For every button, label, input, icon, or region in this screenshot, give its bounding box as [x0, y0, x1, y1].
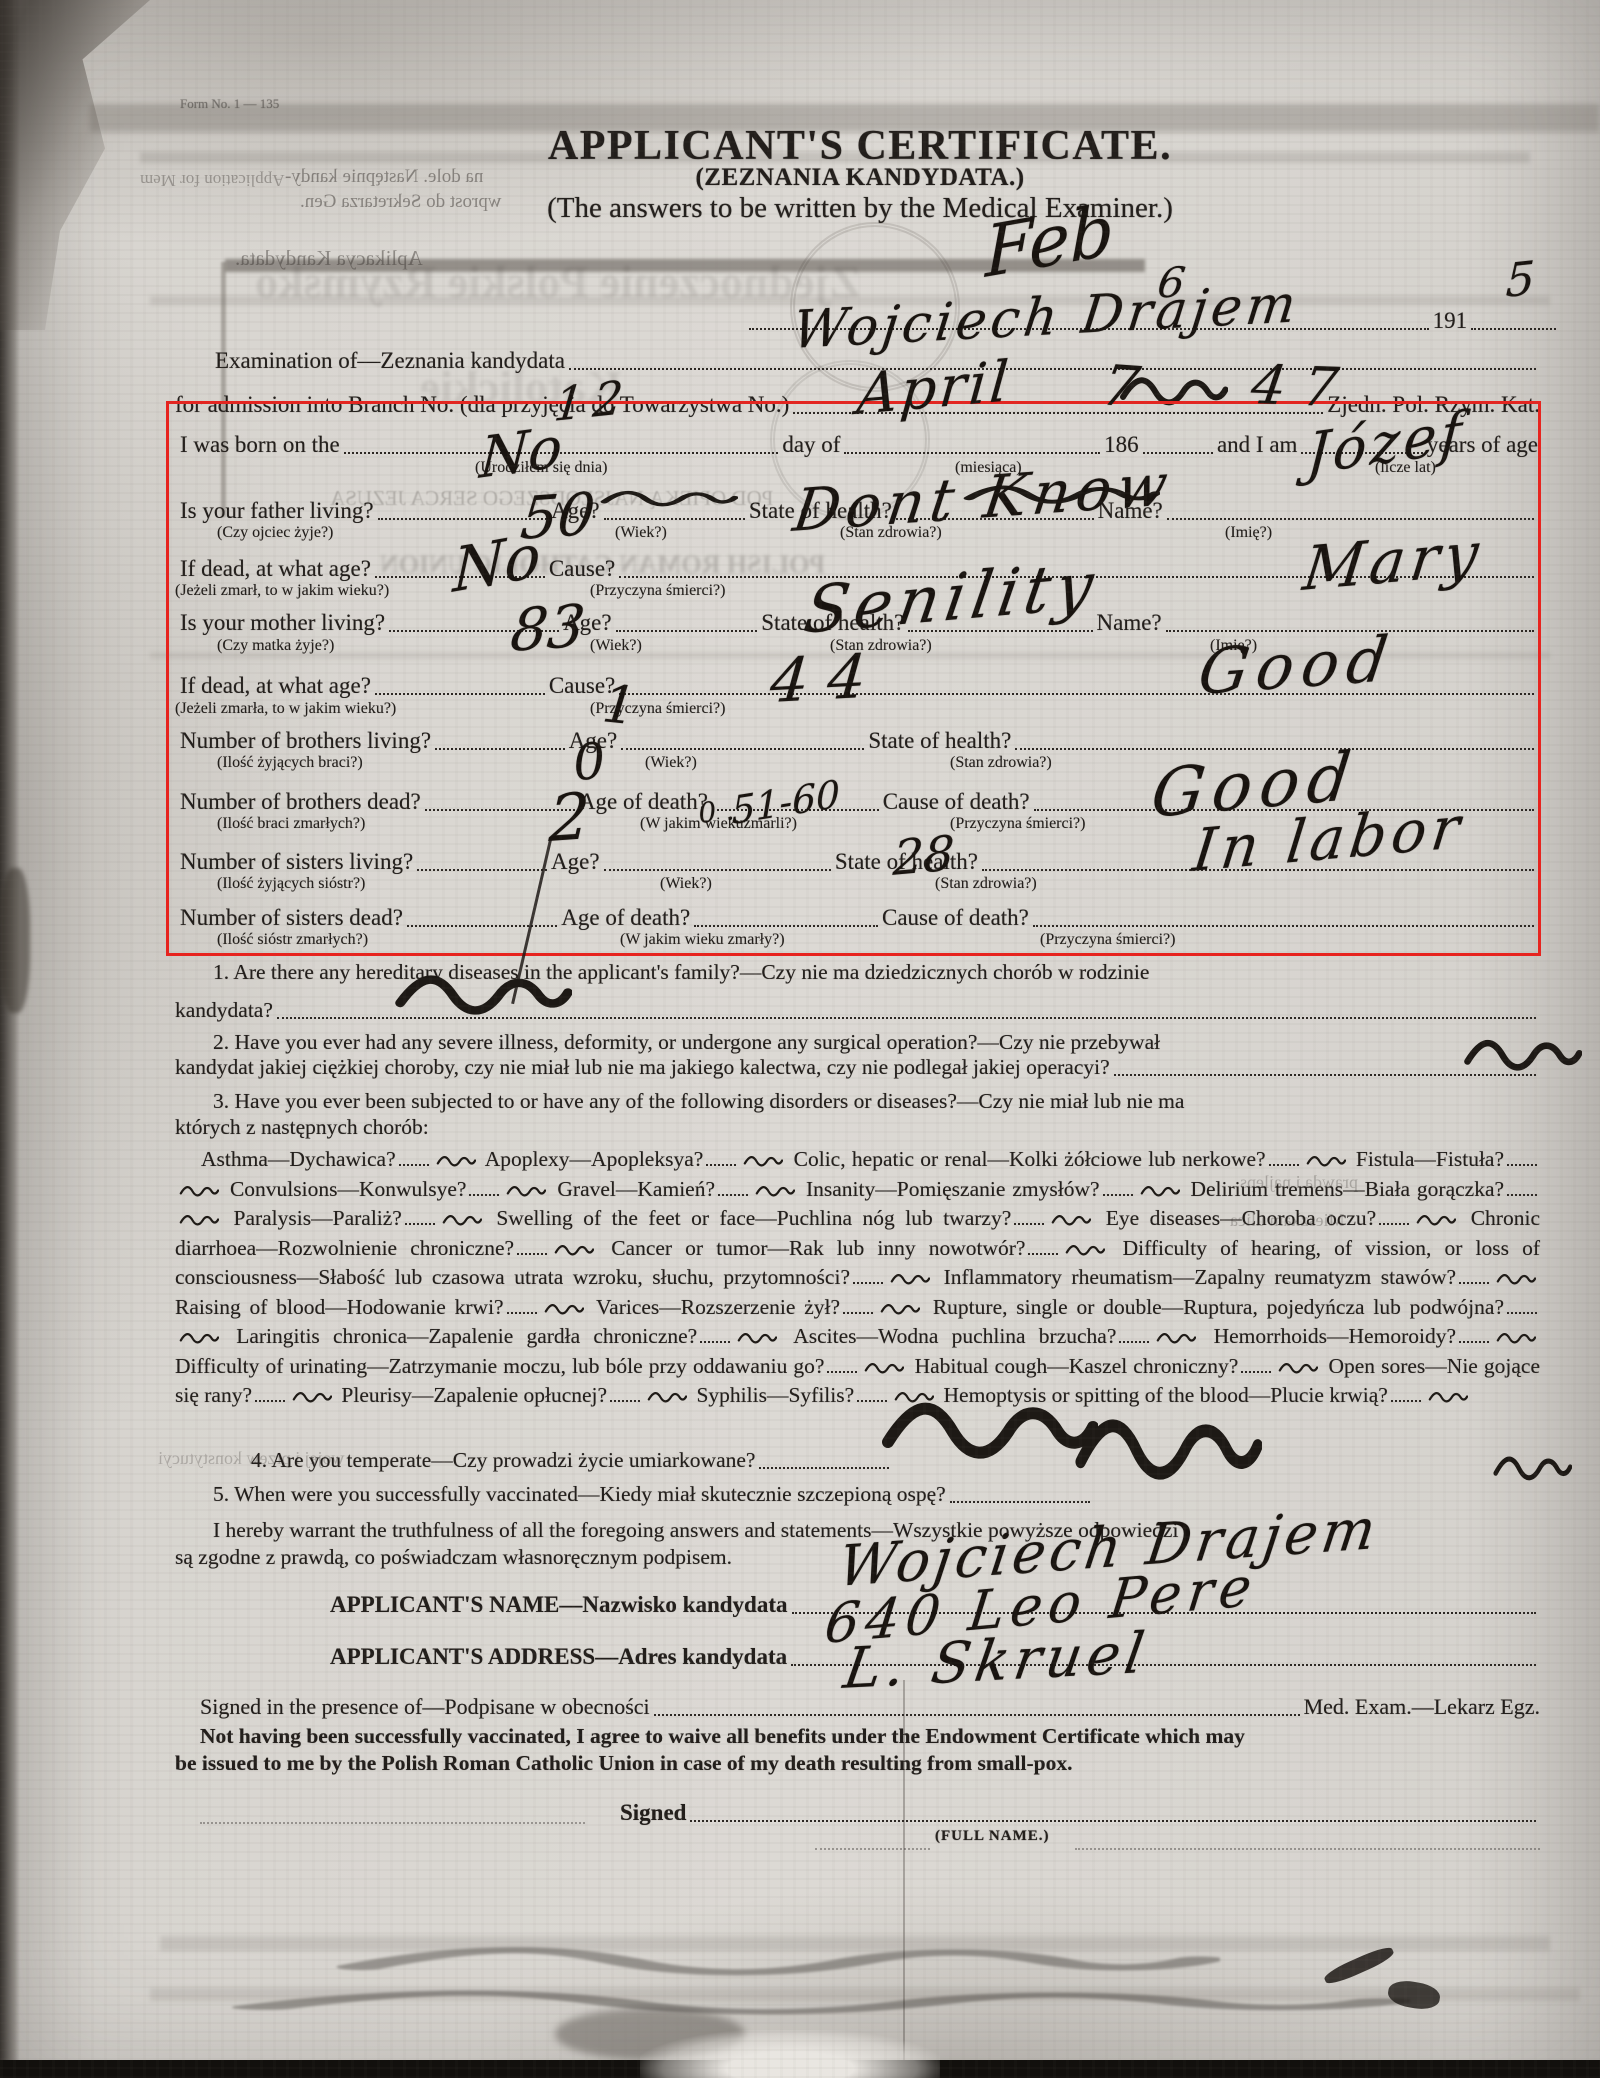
faint-dotted-leader — [200, 1816, 585, 1824]
dotted-leader — [616, 624, 758, 632]
disorder-label: Insanity—Pomięszanie zmysłów? — [806, 1177, 1100, 1201]
question-5-text: 5. When were you successfully vaccinated… — [175, 1482, 946, 1507]
disorder-label: Inflammatory rheumatism—Zapalny reumatyz… — [944, 1265, 1456, 1289]
handwritten-squiggle-answer — [878, 1392, 1098, 1477]
handwritten-birth-month: April — [855, 354, 1013, 424]
bleedthrough-text: Application for Mem — [140, 170, 284, 190]
warrant-continued: są zgodne z prawdą, co poświadczam własn… — [175, 1545, 732, 1569]
handwritten-brothers-death-age: 0 . — [697, 796, 735, 828]
dotted-leader — [1459, 1328, 1489, 1343]
born-label: I was born on the — [180, 432, 340, 458]
dotted-leader — [1033, 919, 1534, 927]
disorder-label: Asthma—Dychawica? — [201, 1147, 396, 1171]
dotted-leader — [853, 1269, 883, 1284]
handwritten-squiggle — [864, 1361, 904, 1376]
dotted-leader — [718, 1181, 748, 1196]
disorder-item: Inflammatory rheumatism—Zapalny reumatyz… — [944, 1265, 1540, 1289]
question-3-continued: których z następnych chorób: — [175, 1115, 429, 1139]
sublabel: (W jakim wieku zmarły?) — [620, 931, 785, 949]
dotted-leader — [690, 1814, 1536, 1822]
disorder-item: Colic, hepatic or renal—Kolki żółciowe l… — [794, 1147, 1350, 1171]
sublabel: (Wiek?) — [645, 754, 697, 772]
disorder-label: Hemorrhoids—Hemoroidy? — [1214, 1324, 1456, 1348]
cause-of-death-label: Cause of death? — [883, 789, 1030, 815]
sublabel: (Wiek?) — [660, 875, 712, 893]
dotted-leader — [610, 1387, 640, 1402]
sublabel: (Czy ojciec żyje?) — [217, 524, 333, 542]
disorder-item: Eye diseases—Choroba oczu? — [1106, 1206, 1461, 1230]
dead-age-label: If dead, at what age? — [180, 556, 371, 582]
dotted-leader — [700, 1328, 730, 1343]
handwritten-squiggle-answer — [1072, 1408, 1262, 1499]
faint-dotted-leader — [1075, 1842, 1540, 1850]
handwritten-squiggle — [1072, 1408, 1262, 1494]
question-3-text: 3. Have you ever been subjected to or ha… — [213, 1089, 1184, 1113]
handwritten-birth-day: 12 — [552, 373, 635, 428]
handwritten-squiggle — [647, 1390, 687, 1405]
handwritten-squiggle-answer — [1492, 1452, 1572, 1491]
dotted-leader — [1379, 1210, 1409, 1225]
disorder-item: Paralysis—Paraliż? — [233, 1206, 485, 1230]
disorder-label: Difficulty of urinating—Zatrzymanie mocz… — [175, 1354, 824, 1378]
mother-living-label: Is your mother living? — [180, 610, 385, 636]
sublabel: (Ilość braci zmarłych?) — [217, 815, 365, 833]
dotted-leader — [844, 446, 1100, 454]
disorder-label: Pleurisy—Zapalenie opłucnej? — [341, 1383, 607, 1407]
handwritten-squiggle — [1140, 1184, 1180, 1199]
sisters-dead-sublabels: (Ilość sióstr zmarłych?) (W jakim wieku … — [175, 931, 1540, 953]
dotted-leader — [1507, 1181, 1537, 1196]
brothers-living-label: Number of brothers living? — [180, 728, 431, 754]
disorder-label: Cancer or tumor—Rak lub inny nowotwór? — [611, 1236, 1025, 1260]
page-subtitle-polish: (ZEZNANIA KANDYDATA.) — [360, 164, 1360, 192]
question-1-continued: kandydata? — [175, 998, 273, 1023]
dotted-leader — [507, 1299, 537, 1314]
brothers-dead-label: Number of brothers dead? — [180, 789, 421, 815]
examination-label: Examination of—Zeznania kandydata — [215, 348, 565, 374]
disorder-item: Varices—Rozszerzenie żył? — [596, 1295, 924, 1319]
full-name-label: (FULL NAME.) — [935, 1828, 1050, 1845]
sisters-dead-label: Number of sisters dead? — [180, 905, 403, 931]
handwritten-dash — [598, 488, 738, 515]
sublabel: (Przyczyna śmierci?) — [950, 815, 1085, 833]
disorder-label: Laringitis chronica—Zapalenie gardła chr… — [236, 1324, 697, 1348]
handwritten-squiggle — [1156, 1331, 1196, 1346]
cause-of-death-label: Cause of death? — [882, 905, 1029, 931]
faint-dotted-leader — [815, 1842, 930, 1850]
bleedthrough-heading: Zjednoczenie Polskie Rzymsko — [255, 255, 861, 308]
question-2-text: 2. Have you ever had any severe illness,… — [213, 1030, 1160, 1054]
dotted-leader — [1028, 1240, 1058, 1255]
age-of-death-label: Age of death? — [561, 905, 690, 931]
disorder-label: Swelling of the feet or face—Puchlina nó… — [496, 1206, 1011, 1230]
age-label: and I am — [1217, 432, 1297, 458]
scan-bottom-tear — [640, 2030, 940, 2078]
handwritten-squiggle — [179, 1331, 219, 1346]
disorder-label: Fistula—Fistuła? — [1356, 1147, 1504, 1171]
handwritten-date-year: 5 — [1505, 255, 1536, 304]
handwritten-squiggle — [179, 1213, 219, 1228]
handwritten-squiggle-answer — [392, 968, 572, 1029]
disorder-label: Eye diseases—Choroba oczu? — [1106, 1206, 1377, 1230]
presence-label: Signed in the presence of—Podpisane w ob… — [200, 1694, 650, 1720]
disorder-label: Raising of blood—Hodowanie krwi? — [175, 1295, 504, 1319]
disorder-item: Laringitis chronica—Zapalenie gardła chr… — [236, 1324, 781, 1348]
dotted-leader — [1507, 1151, 1537, 1166]
disorder-label: Apoplexy—Apopleksya? — [485, 1147, 704, 1171]
signed-label: Signed — [620, 1800, 686, 1826]
year-printed: 191 — [1433, 308, 1468, 334]
handwritten-squiggle — [878, 1392, 1098, 1472]
handwritten-squiggle — [755, 1184, 795, 1199]
sisters-living-sublabels: (Ilość żyjących sióstr?) (Wiek?) (Stan z… — [175, 875, 1540, 897]
handwritten-squiggle — [1496, 1331, 1536, 1346]
waiver-continued: be issued to me by the Polish Roman Cath… — [175, 1751, 1072, 1775]
sublabel: (Przyczyna śmierci?) — [590, 582, 725, 600]
handwritten-squiggle — [320, 1942, 1220, 1982]
question-1-text: 1. Are there any hereditary diseases in … — [213, 960, 1149, 984]
sublabel: (Jeżeli zmarła, to w jakim wieku?) — [175, 700, 396, 718]
dotted-leader — [1241, 1358, 1271, 1373]
disorder-label: Colic, hepatic or renal—Kolki żółciowe l… — [794, 1147, 1266, 1171]
disorder-item: Habitual cough—Kaszel chroniczny? — [915, 1354, 1323, 1378]
scan-torn-corner — [0, 0, 150, 330]
dotted-leader — [399, 1151, 429, 1166]
sublabel: (Jeżeli zmarł, to w jakim wieku?) — [175, 582, 389, 600]
handwritten-squiggle — [1278, 1361, 1318, 1376]
waiver-text: Not having been successfully vaccinated,… — [200, 1724, 1245, 1748]
applicant-name-label: APPLICANT'S NAME—Nazwisko kandydata — [330, 1592, 788, 1618]
dotted-leader — [405, 1210, 435, 1225]
branch-label: for admission into Branch No. (dla przyj… — [175, 392, 789, 418]
handwritten-squiggle — [179, 1184, 219, 1199]
handwritten-sisters-death-age: 28 — [892, 829, 955, 883]
dotted-leader — [1459, 1269, 1489, 1284]
question-2-continued: kandydat jakiej ciężkiej choroby, czy ni… — [175, 1055, 1110, 1080]
dotted-leader — [407, 919, 557, 927]
disorder-label: Habitual cough—Kaszel chroniczny? — [915, 1354, 1239, 1378]
handwritten-squiggle — [1492, 1452, 1572, 1486]
dotted-leader — [654, 1708, 1300, 1716]
sublabel: (Przyczyna śmierci?) — [1040, 931, 1175, 949]
sublabel: (Wiek?) — [590, 637, 642, 655]
dotted-leader — [255, 1387, 285, 1402]
handwritten-mother-living: No — [452, 525, 541, 602]
sublabel: (Ilość żyjących sióstr?) — [217, 875, 365, 893]
med-exam-label: Med. Exam.—Lekarz Egz. — [1304, 1694, 1540, 1720]
handwritten-squiggle — [1051, 1213, 1091, 1228]
disorder-label: Convulsions—Konwulsye? — [230, 1177, 467, 1201]
handwritten-father-living: No — [478, 419, 564, 488]
dotted-leader — [435, 742, 565, 750]
cause-label: Cause? — [549, 556, 615, 582]
sublabel: (Wiek?) — [615, 524, 667, 542]
handwritten-date-month: Feb — [985, 194, 1114, 288]
handwritten-brothers-health: Good — [1195, 628, 1399, 704]
handwritten-squiggle — [436, 1154, 476, 1169]
question-4-text: 4. Are you temperate—Czy prowadzi życie … — [175, 1448, 755, 1473]
handwritten-squiggle — [743, 1154, 783, 1169]
handwritten-squiggle — [1428, 1390, 1468, 1405]
handwritten-squiggle — [890, 1272, 930, 1287]
disorder-item: Cancer or tumor—Rak lub inny nowotwór? — [611, 1236, 1109, 1260]
handwritten-squiggle — [1416, 1213, 1456, 1228]
sublabel: (Ilość sióstr zmarłych?) — [217, 931, 368, 949]
question-1-line2: kandydata? — [175, 998, 1540, 1023]
scanned-certificate-page: na dole. Następnie kandy- wprost do Sekr… — [0, 0, 1600, 2078]
applicant-address-label: APPLICANT'S ADDRESS—Adres kandydata — [330, 1644, 787, 1670]
handwritten-brothers-age: 4 4 — [768, 647, 869, 712]
dotted-leader — [827, 1358, 857, 1373]
dotted-leader — [843, 1299, 873, 1314]
sublabel: (Ilość żyjących braci?) — [217, 754, 363, 772]
disorder-label: Delirium tremens—Biała gorączka? — [1190, 1177, 1504, 1201]
dotted-leader — [417, 863, 547, 871]
disorder-item: Convulsions—Konwulsye? — [230, 1177, 551, 1201]
handwritten-squiggle — [1065, 1243, 1105, 1258]
disorder-item: Gravel—Kamień? — [557, 1177, 799, 1201]
dotted-leader — [1014, 1210, 1044, 1225]
dotted-leader — [569, 362, 1536, 370]
scan-stain-left — [0, 868, 30, 1013]
age-of-death-label: Age of death? — [579, 789, 708, 815]
disorder-item: Insanity—Pomięszanie zmysłów? — [806, 1177, 1184, 1201]
scan-left-edge — [0, 0, 20, 2078]
handwritten-squiggle — [392, 968, 572, 1024]
dotted-leader — [950, 1495, 1090, 1503]
handwritten-squiggle — [1496, 1272, 1536, 1287]
sisters-dead-line: Number of sisters dead? Age of death? Ca… — [180, 905, 1538, 931]
question-1-line1: 1. Are there any hereditary diseases in … — [175, 958, 1540, 988]
form-number: Form No. 1 — 135 — [180, 96, 279, 112]
handwritten-examiner-signature: L. Skruel — [840, 1626, 1153, 1698]
handwritten-mother-death-age: 83 — [508, 596, 588, 660]
disorder-label: Ascites—Wodna puchlina brzucha? — [793, 1324, 1116, 1348]
dotted-leader — [1119, 1328, 1149, 1343]
dead-age-label: If dead, at what age? — [180, 673, 371, 699]
disorder-item: Hemorrhoids—Hemoroidy? — [1214, 1324, 1540, 1348]
dotted-leader — [604, 863, 831, 871]
disorder-item: Pleurisy—Zapalenie opłucnej? — [341, 1383, 691, 1407]
day-of-label: day of — [782, 432, 840, 458]
handwritten-mother-name: Mary — [1300, 523, 1487, 600]
handwritten-squiggle — [442, 1213, 482, 1228]
handwritten-squiggle — [1306, 1154, 1346, 1169]
waiver-line1: Not having been successfully vaccinated,… — [200, 1722, 1540, 1752]
handwritten-squiggle — [210, 1986, 1410, 2020]
question-3-line2: których z następnych chorób: — [175, 1113, 1540, 1143]
dotted-leader — [1507, 1299, 1537, 1314]
health-label: State of health? — [868, 728, 1011, 754]
dotted-leader — [759, 1461, 889, 1469]
dotted-leader — [706, 1151, 736, 1166]
dotted-leader — [1103, 1181, 1133, 1196]
disorder-item: Difficulty of urinating—Zatrzymanie mocz… — [175, 1354, 908, 1378]
sublabel: (Imię?) — [1225, 524, 1272, 542]
disorder-label: Paralysis—Paraliż? — [233, 1206, 401, 1230]
sublabel: (Czy matka żyje?) — [217, 637, 334, 655]
handwritten-age: 4 7 — [1248, 358, 1341, 415]
disorders-paragraph: Asthma—Dychawica? Apoplexy—Apopleksya? C… — [175, 1145, 1540, 1411]
handwritten-squiggle — [737, 1331, 777, 1346]
scan-corner-mark — [1322, 1944, 1396, 1988]
disorder-label: Gravel—Kamień? — [557, 1177, 715, 1201]
handwritten-brothers-living-count: 1 — [600, 678, 638, 733]
bleedthrough-scribble — [320, 1942, 1220, 1987]
disorder-item: Apoplexy—Apopleksya? — [485, 1147, 788, 1171]
handwritten-squiggle — [506, 1184, 546, 1199]
signed-line: Signed — [620, 1800, 1540, 1826]
handwritten-squiggle — [292, 1390, 332, 1405]
bleedthrough-scribble — [210, 1986, 1410, 2025]
page-title: APPLICANT'S CERTIFICATE. — [360, 122, 1360, 170]
handwritten-squiggle — [880, 1302, 920, 1317]
dotted-leader — [375, 687, 545, 695]
scan-bottom-band — [0, 2060, 1600, 2078]
dotted-leader — [1471, 322, 1556, 330]
disorder-item: Raising of blood—Hodowanie krwi? — [175, 1295, 588, 1319]
disorder-item: Asthma—Dychawica? — [201, 1147, 480, 1171]
dotted-leader — [517, 1240, 547, 1255]
dotted-leader — [1391, 1387, 1421, 1402]
sublabel: (Stan zdrowia?) — [950, 754, 1052, 772]
name-label: Name? — [1097, 610, 1162, 636]
dotted-leader — [621, 742, 864, 750]
dotted-leader — [619, 687, 1534, 695]
handwritten-squiggle — [598, 488, 738, 510]
sisters-living-label: Number of sisters living? — [180, 849, 413, 875]
disorder-item: Ascites—Wodna puchlina brzucha? — [793, 1324, 1200, 1348]
disorder-item: Swelling of the feet or face—Puchlina nó… — [496, 1206, 1095, 1230]
handwritten-squiggle-answer — [1462, 1034, 1582, 1083]
disorder-label: Varices—Rozszerzenie żył? — [596, 1295, 840, 1319]
dotted-leader — [694, 919, 878, 927]
handwritten-squiggle — [544, 1302, 584, 1317]
question-4-line: 4. Are you temperate—Czy prowadzi życie … — [175, 1448, 1540, 1473]
handwritten-squiggle — [1462, 1034, 1582, 1078]
father-living-label: Is your father living? — [180, 498, 374, 524]
waiver-line2: be issued to me by the Polish Roman Cath… — [175, 1749, 1540, 1779]
dotted-leader — [1269, 1151, 1299, 1166]
dotted-leader — [469, 1181, 499, 1196]
question-2-line2: kandydat jakiej ciężkiej choroby, czy ni… — [175, 1055, 1540, 1080]
handwritten-squiggle — [554, 1243, 594, 1258]
handwritten-sisters-living-count: 2 — [548, 785, 591, 852]
page-subtitle-english: (The answers to be written by the Medica… — [360, 192, 1360, 225]
disorder-label: Syphilis—Syfilis? — [696, 1383, 854, 1407]
question-2-line1: 2. Have you ever had any severe illness,… — [175, 1028, 1540, 1058]
disorder-label: Rupture, single or double—Ruptura, pojed… — [933, 1295, 1504, 1319]
